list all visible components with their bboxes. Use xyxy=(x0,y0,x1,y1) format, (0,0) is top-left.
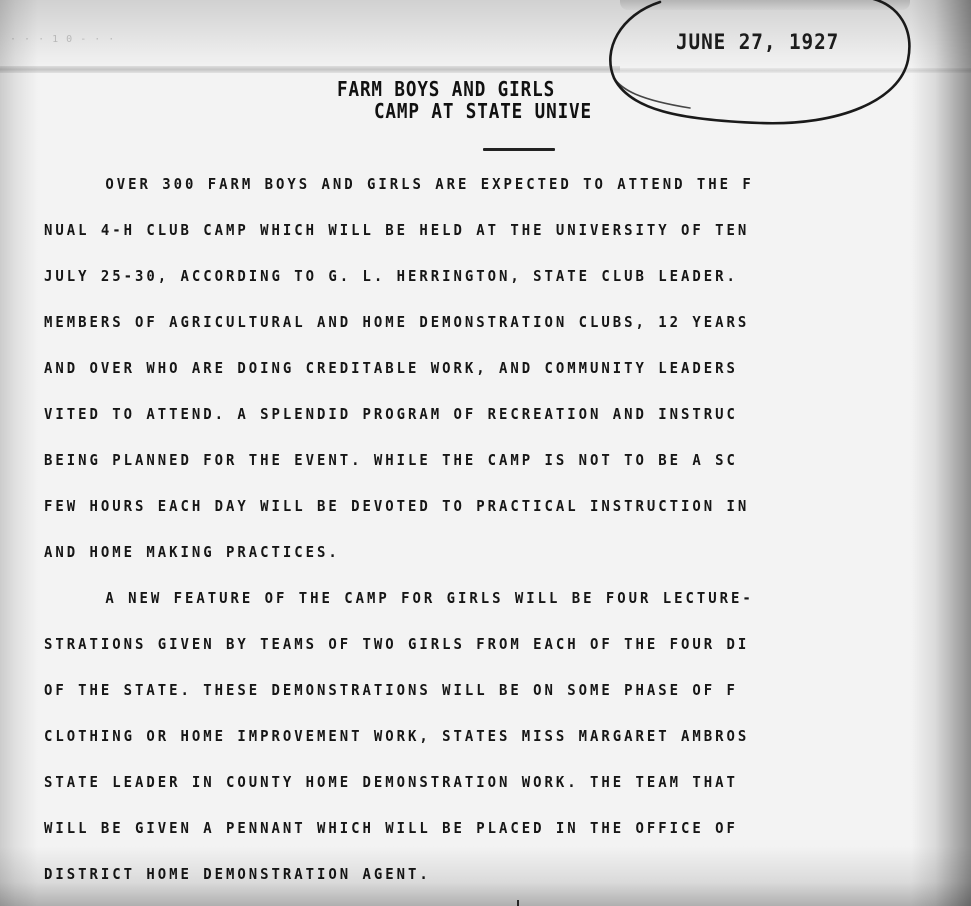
body-line: FEW HOURS EACH DAY WILL BE DEVOTED TO PR… xyxy=(44,492,881,538)
body-line: OVER 300 FARM BOYS AND GIRLS ARE EXPECTE… xyxy=(44,170,881,216)
top-ruled-line xyxy=(0,66,620,73)
body-line: STRATIONS GIVEN BY TEAMS OF TWO GIRLS FR… xyxy=(44,630,881,676)
body-line: OF THE STATE. THESE DEMONSTRATIONS WILL … xyxy=(44,676,881,722)
ink-speck xyxy=(517,900,519,906)
date-tab-edge xyxy=(620,0,910,10)
separator-dash xyxy=(483,148,555,151)
headline: FARM BOYS AND GIRLS CAMP AT STATE UNIVE xyxy=(337,78,592,122)
body-line: JULY 25-30, ACCORDING TO G. L. HERRINGTO… xyxy=(44,262,881,308)
body-line: A NEW FEATURE OF THE CAMP FOR GIRLS WILL… xyxy=(44,584,881,630)
body-line: BEING PLANNED FOR THE EVENT. WHILE THE C… xyxy=(44,446,881,492)
body-line: VITED TO ATTEND. A SPLENDID PROGRAM OF R… xyxy=(44,400,881,446)
headline-line-1: FARM BOYS AND GIRLS xyxy=(337,78,592,100)
faint-margin-marks: · · · 1 0 - · · xyxy=(10,34,115,45)
top-ruled-line-right xyxy=(620,68,971,73)
headline-line-2: CAMP AT STATE UNIVE xyxy=(337,100,592,122)
body-line: DISTRICT HOME DEMONSTRATION AGENT. xyxy=(44,860,881,906)
scanned-document-page: · · · 1 0 - · · JUNE 27, 1927 FARM BOYS … xyxy=(0,0,971,906)
body-line: MEMBERS OF AGRICULTURAL AND HOME DEMONST… xyxy=(44,308,881,354)
document-date: JUNE 27, 1927 xyxy=(676,30,839,54)
body-line: AND HOME MAKING PRACTICES. xyxy=(44,538,881,584)
body-line: NUAL 4-H CLUB CAMP WHICH WILL BE HELD AT… xyxy=(44,216,881,262)
document-body: OVER 300 FARM BOYS AND GIRLS ARE EXPECTE… xyxy=(44,170,944,906)
left-shadow xyxy=(0,0,38,906)
body-line: AND OVER WHO ARE DOING CREDITABLE WORK, … xyxy=(44,354,881,400)
body-line: WILL BE GIVEN A PENNANT WHICH WILL BE PL… xyxy=(44,814,881,860)
body-line: STATE LEADER IN COUNTY HOME DEMONSTRATIO… xyxy=(44,768,881,814)
body-line: CLOTHING OR HOME IMPROVEMENT WORK, STATE… xyxy=(44,722,881,768)
